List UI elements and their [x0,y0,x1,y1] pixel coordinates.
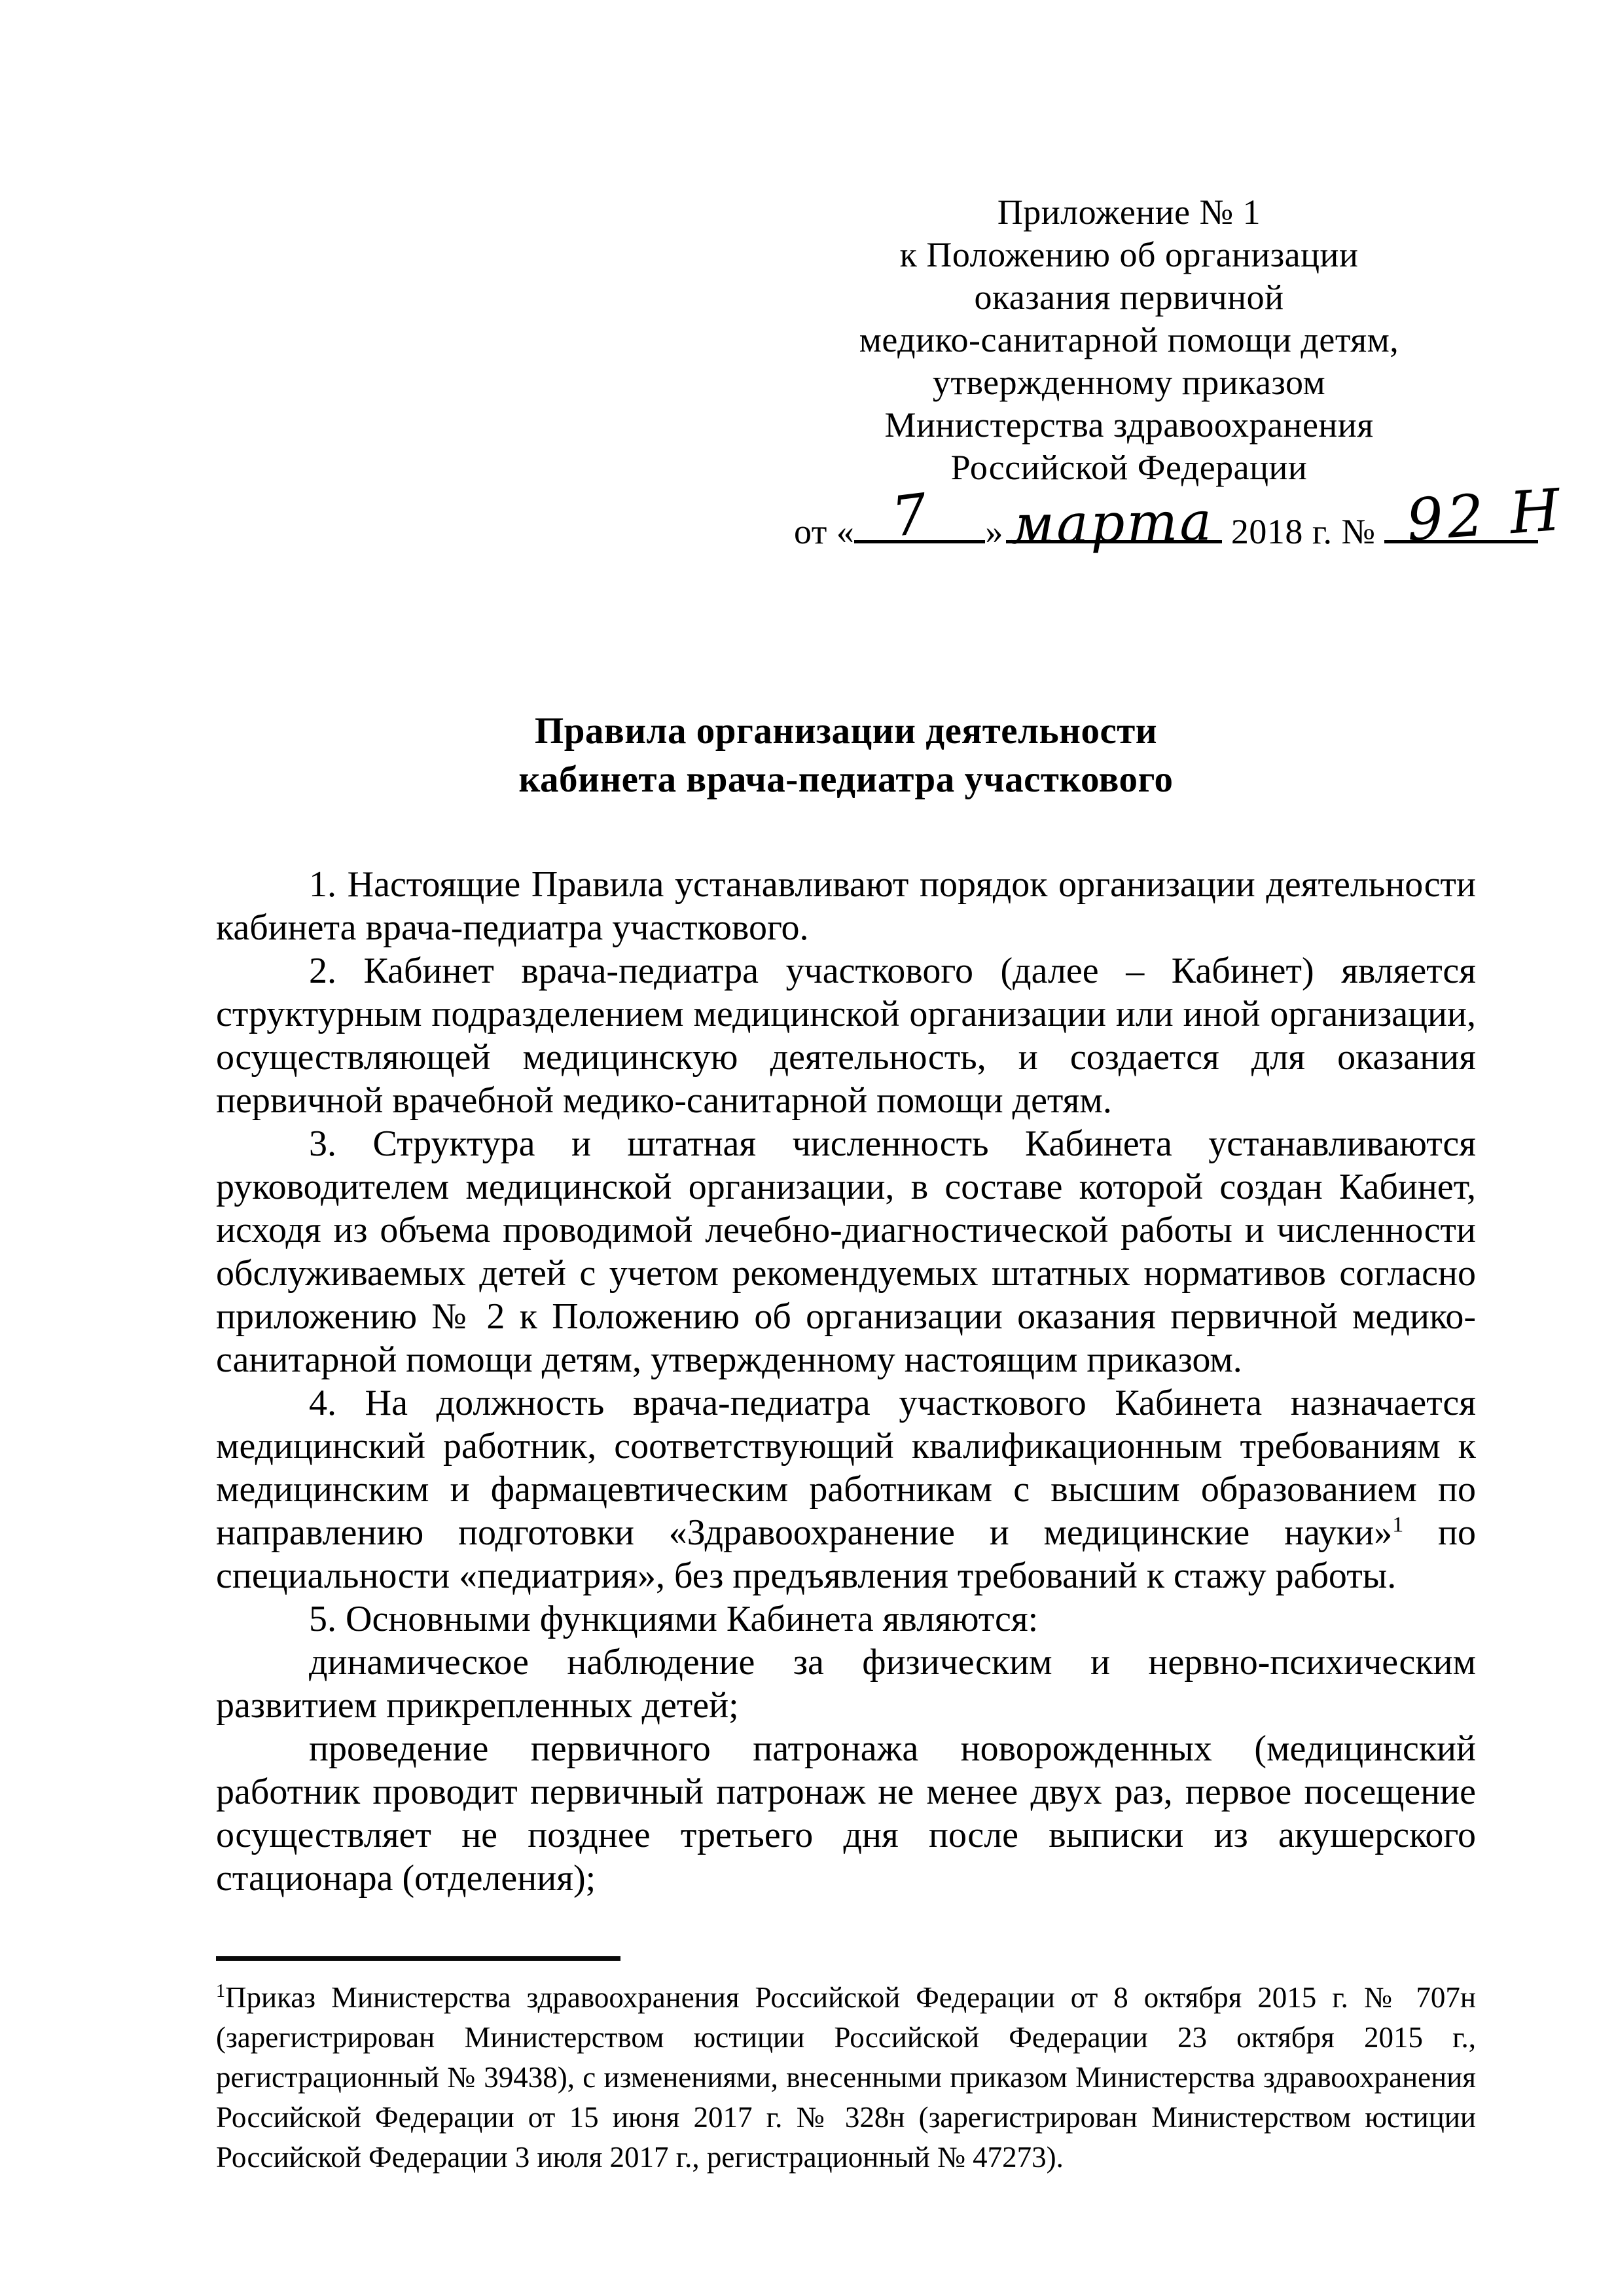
footnote-separator [216,1956,620,1961]
paragraph-1: 1. Настоящие Правила устанавливают поряд… [216,863,1476,949]
header-line-2: к Положению об организации [782,234,1476,276]
paragraph-3: 3. Структура и штатная численность Кабин… [216,1122,1476,1381]
header-line-6: Министерства здравоохранения [782,404,1476,446]
header-line-5: утвержденному приказом [782,361,1476,404]
document-body: 1. Настоящие Правила устанавливают поряд… [216,863,1476,1900]
title-line-2: кабинета врача-педиатра участкового [216,756,1476,804]
title-line-1: Правила организации деятельности [216,707,1476,756]
appendix-header: Приложение № 1 к Положению об организаци… [782,191,1476,558]
header-line-4: медико-санитарной помощи детям, [782,319,1476,361]
header-line-3: оказания первичной [782,276,1476,319]
header-line-7: Российской Федерации [782,446,1476,489]
footnote: 1Приказ Министерства здравоохранения Рос… [216,1978,1476,2178]
header-line-1: Приложение № 1 [782,191,1476,234]
date-close-quote: » [985,512,1003,551]
paragraph-2: 2. Кабинет врача-педиатра участкового (д… [216,949,1476,1122]
date-day-blank: 7 [854,502,985,543]
date-line: от «7»марта 2018 г. №92 Н [782,502,1476,558]
paragraph-5-item-1: динамическое наблюдение за физическим и … [216,1641,1476,1727]
footnote-text: Приказ Министерства здравоохранения Росс… [216,1981,1476,2174]
footnote-marker: 1 [216,1981,225,2001]
paragraph-4: 4. На должность врача-педиатра участково… [216,1381,1476,1597]
date-number-blank: 92 Н [1384,502,1538,543]
document-title: Правила организации деятельности кабинет… [216,707,1476,804]
footnote-reference-mark: 1 [1392,1512,1403,1537]
document-page: Приложение № 1 к Положению об организаци… [0,0,1616,2296]
date-year-text: 2018 г. № [1231,512,1376,551]
handwritten-month: марта [1009,495,1213,552]
paragraph-5: 5. Основными функциями Кабинета являются… [216,1597,1476,1641]
paragraph-4-text: 4. На должность врача-педиатра участково… [216,1383,1476,1553]
handwritten-day: 7 [889,486,931,545]
handwritten-number: 92 Н [1405,481,1566,550]
date-prefix: от « [794,512,854,551]
date-month-blank: марта [1006,502,1222,543]
paragraph-5-item-2: проведение первичного патронажа новорожд… [216,1727,1476,1900]
